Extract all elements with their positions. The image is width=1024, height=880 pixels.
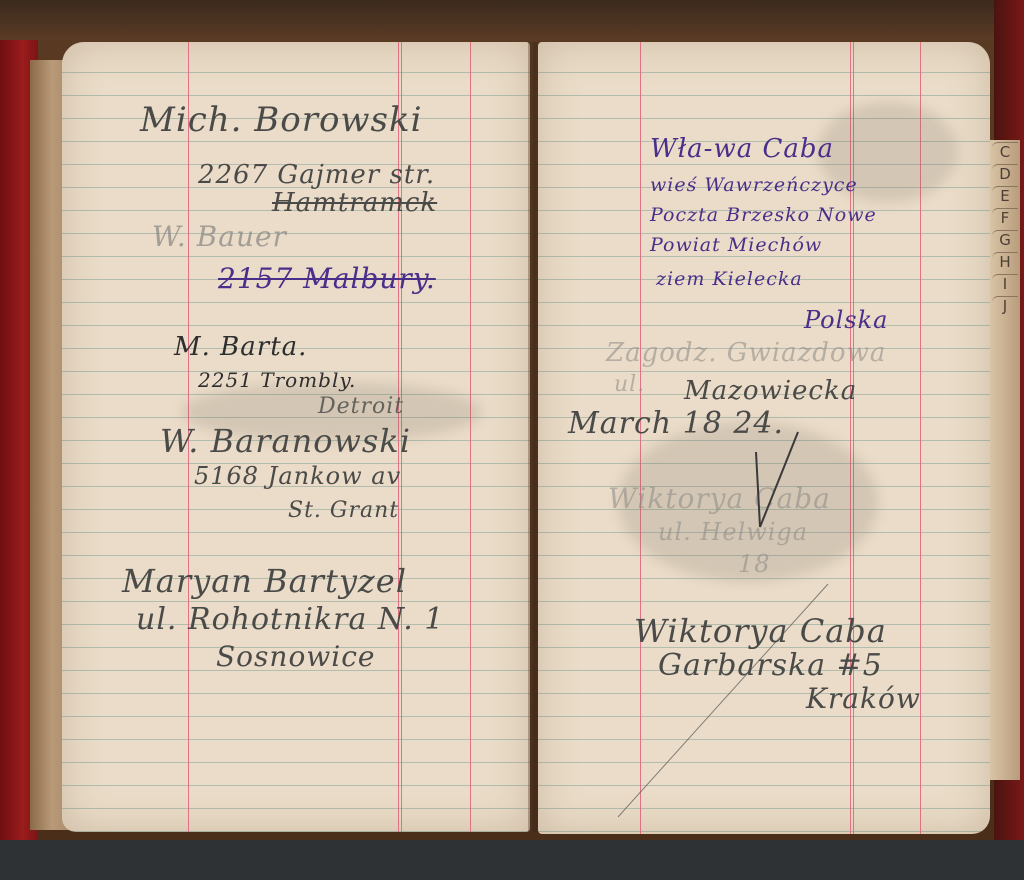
entry-line: 5168 Jankow av	[194, 462, 401, 490]
margin-line	[470, 42, 471, 832]
faded-text: ul.	[614, 372, 645, 397]
entry-name: Mich. Borowski	[140, 100, 422, 140]
cover-top-edge	[0, 0, 1024, 40]
index-tab[interactable]: G	[992, 230, 1018, 251]
faded-text: 18	[738, 550, 771, 578]
entry-line: Garbarska #5	[658, 648, 883, 683]
faded-text: Zagodz. Gwiazdowa	[606, 338, 886, 368]
index-tab[interactable]: D	[992, 164, 1018, 185]
entry-line: ziem Kielecka	[656, 268, 803, 290]
check-mark-stroke	[738, 422, 818, 532]
entry-line-struck: Hamtramck	[272, 188, 437, 218]
table-surface	[0, 840, 1024, 880]
entry-name: Wła-wa Caba	[650, 134, 834, 164]
entry-line: Poczta Brzesko Nowe	[650, 204, 877, 226]
index-tab[interactable]: H	[992, 252, 1018, 273]
entry-name: W. Baranowski	[160, 422, 411, 460]
index-tab[interactable]: C	[992, 142, 1018, 163]
entry-line: Kraków	[806, 682, 921, 715]
entry-line-struck: 2157 Malbury.	[218, 262, 436, 295]
index-tab[interactable]: F	[992, 208, 1018, 229]
entry-name: Maryan Bartyzel	[122, 562, 407, 600]
entry-line: Polska	[804, 306, 888, 334]
entry-line: wieś Wawrzeńczyce	[650, 174, 858, 196]
alphabet-index-tabs: C D E F G H I J	[990, 140, 1020, 780]
right-page: Wła-wa Caba wieś Wawrzeńczyce Poczta Brz…	[538, 42, 990, 834]
entry-line: Sosnowice	[216, 640, 375, 673]
left-page: Mich. Borowski 2267 Gajmer str. Hamtramc…	[62, 42, 530, 832]
entry-line: 2267 Gajmer str.	[198, 160, 435, 190]
entry-line: ul. Rohotnikra N. 1	[136, 602, 444, 637]
index-tab[interactable]: I	[992, 274, 1018, 295]
entry-name: W. Bauer	[152, 220, 287, 253]
index-tab[interactable]: J	[992, 296, 1018, 317]
index-tab[interactable]: E	[992, 186, 1018, 207]
entry-name: Mazowiecka	[684, 376, 857, 406]
entry-line: St. Grant	[288, 498, 399, 523]
entry-line: 2251 Trombly.	[198, 368, 356, 392]
entry-name: M. Barta.	[174, 332, 307, 362]
entry-line: Detroit	[318, 394, 404, 419]
entry-line: Powiat Miechów	[650, 234, 822, 256]
entry-name: Wiktorya Caba	[634, 612, 887, 650]
